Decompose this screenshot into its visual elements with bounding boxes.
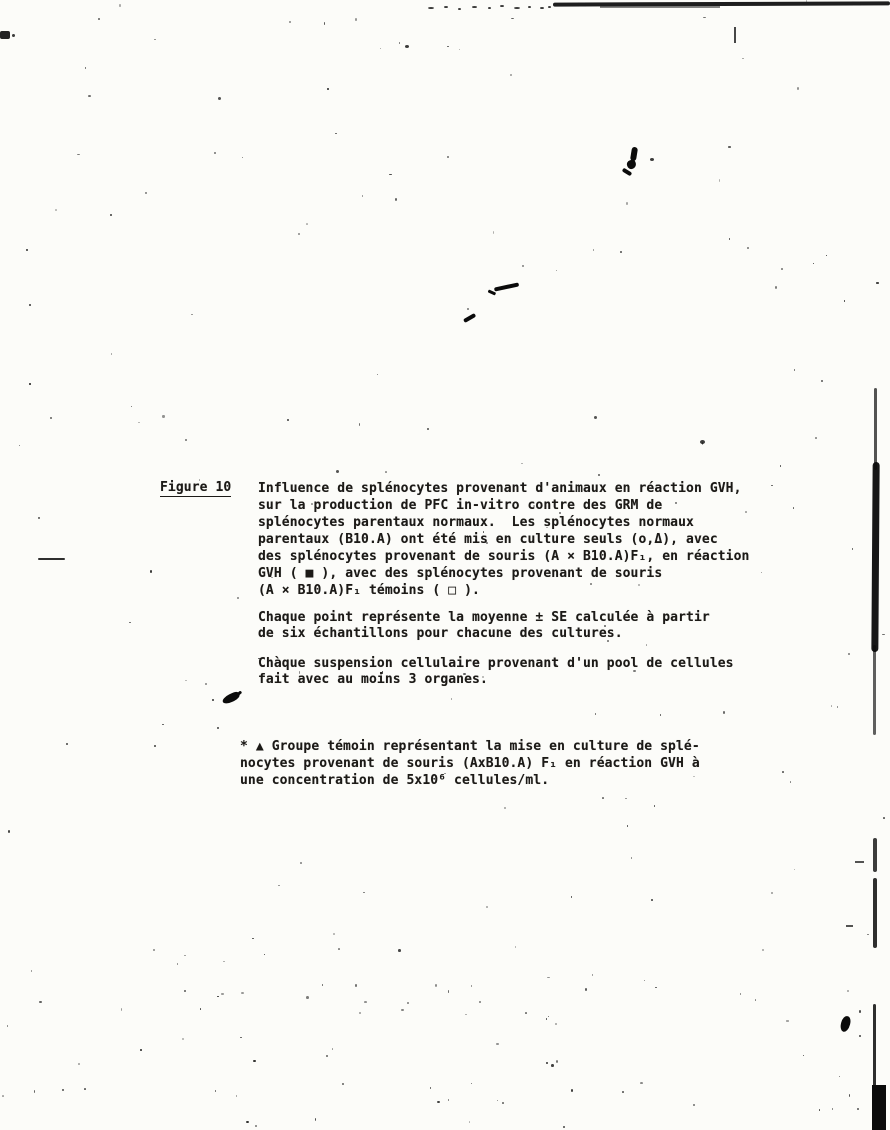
scan-speckle xyxy=(427,428,429,430)
scan-speckle xyxy=(882,634,884,636)
right-edge-binding-streak xyxy=(873,838,877,872)
scan-speckle xyxy=(839,1076,840,1077)
scan-speckle xyxy=(246,1121,249,1123)
scan-speckle xyxy=(655,987,657,988)
scan-speckle xyxy=(571,896,573,898)
pen-stroke xyxy=(494,282,519,291)
caption-line: de six échantillons pour chacune des cul… xyxy=(258,626,710,642)
scan-speckle xyxy=(182,1038,184,1040)
scan-speckle xyxy=(761,572,762,573)
scan-speckle xyxy=(500,5,504,7)
scan-speckle xyxy=(237,597,239,599)
scan-speckle xyxy=(803,1055,805,1057)
scan-speckle xyxy=(640,1082,643,1084)
scan-speckle xyxy=(62,1089,64,1090)
scan-speckle xyxy=(540,7,544,9)
caption-line: Influence de splénocytes provenant d'ani… xyxy=(258,480,749,497)
scan-speckle xyxy=(700,440,705,444)
scan-speckle xyxy=(215,1090,216,1092)
left-edge-scan-mark xyxy=(0,31,10,39)
scan-speckle xyxy=(729,238,730,240)
scan-speckle xyxy=(465,1014,467,1015)
scan-speckle xyxy=(551,1064,553,1067)
scan-speckle xyxy=(832,1108,834,1110)
scan-speckle xyxy=(852,548,853,550)
scan-speckle xyxy=(786,1020,788,1021)
scan-speckle xyxy=(719,179,720,182)
scan-speckle xyxy=(458,8,461,10)
caption-line: parentaux (B10.A) ont été mis en culture… xyxy=(258,531,749,548)
scan-speckle xyxy=(451,698,453,700)
scan-speckle xyxy=(780,465,782,467)
scan-speckle xyxy=(336,470,339,473)
scan-speckle xyxy=(8,830,10,832)
scan-speckle xyxy=(592,974,594,976)
scan-speckle xyxy=(521,463,523,464)
scan-speckle xyxy=(38,517,40,518)
scan-speckle xyxy=(258,658,259,659)
scan-speckle xyxy=(162,724,164,725)
scan-speckle xyxy=(205,683,207,685)
scan-speckle xyxy=(129,622,131,623)
scan-speckle xyxy=(240,1037,242,1039)
scan-speckle xyxy=(154,745,156,747)
scan-speckle xyxy=(399,42,400,44)
scan-speckle xyxy=(355,984,358,987)
scan-speckle xyxy=(522,265,524,266)
scan-speckle xyxy=(398,949,400,952)
top-edge-scan-line xyxy=(600,6,720,8)
scan-speckle xyxy=(2,1095,4,1097)
scan-speckle xyxy=(359,423,360,425)
scan-speckle xyxy=(191,314,193,316)
scan-speckle xyxy=(626,202,628,204)
scan-speckle xyxy=(217,727,218,728)
scan-speckle xyxy=(242,157,243,158)
scan-speckle xyxy=(771,485,773,486)
caption-line: GVH ( ■ ), avec des splénocytes provenan… xyxy=(258,565,749,582)
scan-speckle xyxy=(223,961,225,962)
scan-speckle xyxy=(496,1043,499,1046)
scan-speckle xyxy=(651,899,653,900)
scan-speckle xyxy=(826,255,827,256)
scan-speckle xyxy=(184,990,187,993)
scan-speckle xyxy=(98,18,100,20)
scan-speckle xyxy=(322,984,323,986)
corner-scan-bar xyxy=(872,1085,886,1130)
scan-speckle xyxy=(355,18,358,20)
scan-speckle xyxy=(459,49,460,50)
scan-speckle xyxy=(444,6,448,8)
scan-speckle xyxy=(448,1099,449,1101)
scan-speckle xyxy=(333,933,335,935)
caption-line: Chàque suspension cellulaire provenant d… xyxy=(258,656,734,672)
scan-speckle xyxy=(790,781,792,783)
scan-speckle xyxy=(488,7,491,9)
scan-speckle xyxy=(131,406,132,407)
scan-speckle xyxy=(797,87,799,89)
scan-speckle xyxy=(471,985,472,988)
scan-speckle xyxy=(620,251,622,252)
scan-speckle xyxy=(85,67,86,69)
right-edge-binding-streak xyxy=(871,462,879,652)
scan-speckle xyxy=(55,209,57,211)
scan-speckle xyxy=(447,46,449,47)
scan-speckle xyxy=(121,1008,122,1011)
scan-speckle xyxy=(7,1025,8,1027)
scan-speckle xyxy=(448,990,449,992)
scan-speckle xyxy=(306,223,308,225)
scan-speckle xyxy=(212,699,214,701)
scan-speckle xyxy=(119,4,120,7)
scan-speckle xyxy=(66,743,68,745)
scan-speckle xyxy=(184,955,186,956)
scan-speckle xyxy=(471,1083,473,1084)
scan-speckle xyxy=(515,946,517,948)
scan-speckle xyxy=(867,934,869,935)
scan-speckle xyxy=(153,949,155,951)
scan-speckle xyxy=(815,437,817,439)
scan-speckle xyxy=(794,369,796,371)
footnote: * ▲ Groupe témoin représentant la mise e… xyxy=(240,738,700,789)
scan-speckle xyxy=(622,1091,625,1093)
scan-speckle xyxy=(511,18,513,19)
scan-speckle xyxy=(528,6,531,8)
scan-speckle xyxy=(510,74,512,76)
scan-speckle xyxy=(859,1010,861,1013)
scan-speckle xyxy=(241,992,243,994)
scan-speckle xyxy=(428,7,434,9)
scan-speckle xyxy=(590,583,592,585)
caption-line: des splénocytes provenant de souris (A ×… xyxy=(258,548,749,565)
scan-speckle xyxy=(660,714,661,716)
scan-speckle xyxy=(675,502,677,503)
scan-speckle xyxy=(533,505,535,507)
scan-speckle xyxy=(555,664,557,666)
scan-speckle xyxy=(548,1016,550,1017)
scan-speckle xyxy=(819,1109,820,1111)
caption-line: splénocytes parentaux normaux. Les splén… xyxy=(258,514,749,531)
scan-speckle xyxy=(793,507,794,509)
scan-speckle xyxy=(837,706,839,708)
figure-label: Figure 10 xyxy=(160,480,231,497)
scan-speckle xyxy=(547,977,549,978)
scanned-document-page: Figure 10 Influence de splénocytes prove… xyxy=(0,0,890,1130)
scan-speckle xyxy=(111,353,112,355)
scan-speckle xyxy=(585,988,587,990)
scan-speckle xyxy=(298,233,300,235)
footnote-line: * ▲ Groupe témoin représentant la mise e… xyxy=(240,738,700,755)
scan-speckle xyxy=(883,817,885,819)
scan-speckle xyxy=(593,249,594,251)
scan-speckle xyxy=(831,705,833,707)
scan-speckle xyxy=(594,416,597,419)
scan-speckle xyxy=(755,999,756,1001)
scan-speckle xyxy=(380,48,381,49)
scan-speckle xyxy=(627,825,628,827)
scan-speckle xyxy=(385,471,387,473)
scan-speckle xyxy=(335,133,338,134)
scan-speckle xyxy=(546,527,548,528)
scan-speckle xyxy=(34,1090,35,1092)
scan-speckle xyxy=(859,1035,861,1038)
scan-speckle xyxy=(857,1108,859,1109)
scan-speckle xyxy=(602,797,604,799)
scan-speckle xyxy=(556,1060,558,1063)
scan-speckle xyxy=(555,1023,557,1025)
scan-speckle xyxy=(218,97,221,100)
scan-speckle xyxy=(493,231,494,233)
scan-speckle xyxy=(848,653,849,654)
scan-speckle xyxy=(217,996,219,997)
scan-speckle xyxy=(88,95,91,97)
right-edge-binding-streak xyxy=(873,645,876,735)
scan-speckle xyxy=(200,1008,201,1010)
scan-speckle xyxy=(762,949,764,950)
scan-speckle xyxy=(327,88,328,90)
scan-mark xyxy=(846,925,853,927)
scan-speckle xyxy=(747,247,750,249)
scan-speckle xyxy=(437,1101,440,1103)
scan-speckle xyxy=(50,417,51,419)
scan-speckle xyxy=(598,474,600,476)
scan-speckle xyxy=(504,807,506,809)
scan-speckle xyxy=(742,58,744,59)
scan-speckle xyxy=(326,1055,329,1057)
scan-speckle xyxy=(110,214,112,216)
scan-speckle xyxy=(338,948,340,950)
footnote-line: une concentration de 5x10⁶ cellules/ml. xyxy=(240,772,700,789)
ink-blot xyxy=(650,158,654,161)
scan-speckle xyxy=(482,676,484,678)
scan-speckle xyxy=(723,711,725,713)
scan-speckle xyxy=(162,415,164,417)
scan-speckle xyxy=(405,45,409,48)
scan-speckle xyxy=(435,984,437,986)
scan-speckle xyxy=(728,146,731,147)
scan-speckle xyxy=(665,619,667,621)
scan-speckle xyxy=(483,531,484,533)
caption-line: (A × B10.A)F₁ témoins ( □ ). xyxy=(258,582,749,599)
scan-speckle xyxy=(563,1126,565,1128)
scan-speckle xyxy=(29,304,31,305)
scan-speckle xyxy=(289,21,290,23)
scan-speckle xyxy=(740,993,741,996)
scan-speckle xyxy=(389,174,391,176)
scan-speckle xyxy=(221,993,223,994)
scan-speckle xyxy=(359,1012,361,1014)
scan-speckle xyxy=(395,198,397,200)
scan-speckle xyxy=(177,963,178,964)
scan-speckle xyxy=(607,640,609,641)
scan-speckle xyxy=(84,1088,86,1090)
scan-speckle xyxy=(595,713,596,715)
scan-speckle xyxy=(479,1001,481,1003)
scan-speckle xyxy=(546,1062,547,1065)
scan-speckle xyxy=(252,938,254,939)
scan-speckle xyxy=(407,1002,408,1004)
scan-speckle xyxy=(299,671,301,673)
caption-paragraph-2: Chaque point représente la moyenne ± SE … xyxy=(258,610,710,642)
scan-speckle xyxy=(631,857,632,859)
scan-speckle xyxy=(447,156,448,158)
scan-speckle xyxy=(849,1094,850,1097)
scan-speckle xyxy=(401,1009,403,1011)
scan-speckle xyxy=(140,1049,142,1051)
scan-speckle xyxy=(872,1103,875,1105)
scan-speckle xyxy=(654,805,655,807)
scan-speckle xyxy=(29,383,30,384)
scan-speckle xyxy=(150,570,152,572)
scan-speckle xyxy=(362,195,363,197)
scan-speckle xyxy=(703,17,705,18)
scan-speckle xyxy=(278,885,280,886)
scan-speckle xyxy=(472,6,477,8)
scan-speckle xyxy=(19,445,20,447)
scan-speckle xyxy=(486,906,488,907)
scan-speckle xyxy=(264,954,265,955)
scan-speckle xyxy=(781,268,783,270)
scan-speckle xyxy=(514,7,520,9)
scan-speckle xyxy=(145,192,147,193)
scan-speckle xyxy=(185,680,187,681)
scan-speckle xyxy=(236,1095,238,1096)
scan-mark xyxy=(734,27,736,43)
scan-speckle xyxy=(31,970,33,972)
scan-speckle xyxy=(306,996,308,999)
scan-speckle xyxy=(364,1001,366,1003)
caption-line: Chaque point représente la moyenne ± SE … xyxy=(258,610,710,626)
scan-speckle xyxy=(876,282,879,283)
scan-speckle xyxy=(342,1083,343,1085)
scan-speckle xyxy=(502,1102,504,1104)
left-edge-scan-mark xyxy=(12,34,15,37)
scan-speckle xyxy=(469,1121,470,1123)
scan-speckle xyxy=(644,980,645,981)
scan-speckle xyxy=(300,862,302,864)
scan-speckle xyxy=(525,1012,527,1014)
ink-blot xyxy=(839,1015,852,1033)
scan-speckle xyxy=(138,422,140,423)
scan-speckle xyxy=(214,152,216,154)
scan-speckle xyxy=(332,1048,333,1050)
scan-speckle xyxy=(625,798,626,799)
right-edge-binding-streak xyxy=(873,1004,876,1092)
scan-speckle xyxy=(546,1018,547,1020)
scan-speckle xyxy=(782,771,784,773)
scan-speckle xyxy=(646,644,648,647)
scan-speckle xyxy=(39,1001,42,1004)
caption-paragraph-3: Chàque suspension cellulaire provenant d… xyxy=(258,656,734,688)
scan-speckle xyxy=(26,249,29,251)
margin-dash-mark xyxy=(38,558,65,560)
scan-speckle xyxy=(467,308,469,310)
caption-line: sur la production de PFC in-vitro contre… xyxy=(258,497,749,514)
scan-speckle xyxy=(794,869,795,870)
scan-speckle xyxy=(556,270,558,271)
scan-speckle xyxy=(77,154,80,155)
scan-speckle xyxy=(253,1060,255,1062)
scan-speckle xyxy=(847,990,849,992)
scan-speckle xyxy=(315,1118,316,1121)
right-edge-binding-streak xyxy=(873,878,877,948)
scan-speckle xyxy=(324,22,325,24)
scan-speckle xyxy=(185,439,187,442)
scan-speckle xyxy=(377,374,378,375)
scan-speckle xyxy=(444,773,446,774)
scan-speckle xyxy=(430,1087,431,1089)
caption-paragraph-1: Influence de splénocytes provenant d'ani… xyxy=(258,480,749,599)
scan-speckle xyxy=(548,6,551,8)
scan-speckle xyxy=(693,1104,695,1106)
ink-blot xyxy=(626,159,637,170)
scan-speckle xyxy=(287,419,289,421)
scan-speckle xyxy=(821,380,824,383)
scan-speckle xyxy=(775,286,777,288)
pen-stroke xyxy=(463,313,476,323)
scan-speckle xyxy=(154,39,156,40)
scan-speckle xyxy=(78,1063,80,1066)
scan-speckle xyxy=(571,1089,573,1092)
scan-speckle xyxy=(255,1125,257,1126)
caption-line: fait avec au moins 3 organes. xyxy=(258,672,734,688)
footnote-line: nocytes provenant de souris (AxB10.A) F₁… xyxy=(240,755,700,772)
scan-speckle xyxy=(497,1100,498,1102)
scan-speckle xyxy=(363,892,365,893)
scan-speckle xyxy=(771,892,773,895)
scan-speckle xyxy=(813,263,814,265)
right-edge-binding-streak xyxy=(874,388,877,470)
scan-mark xyxy=(855,861,864,863)
scan-speckle xyxy=(844,300,846,302)
